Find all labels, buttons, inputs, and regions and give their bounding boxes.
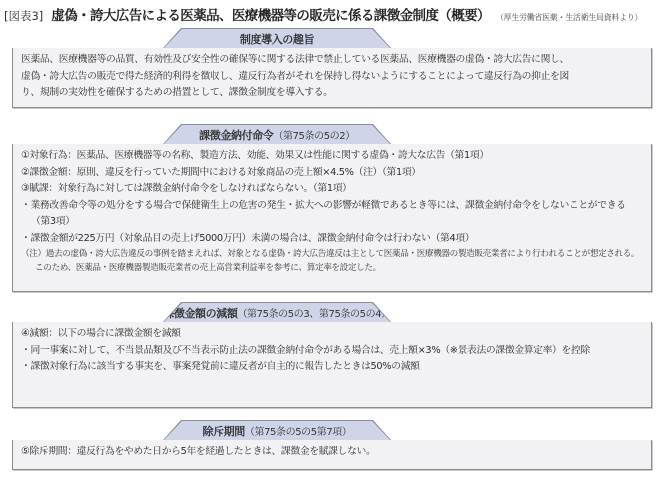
bullet-item: ・課徴金額が225万円（対象品目の売上げ5000万円）未満の場合は、課徴金納付命…: [21, 231, 643, 248]
body-line: り、規制の実効性を確保するための措置として、課徴金制度を導入する。: [21, 85, 643, 102]
section-body: ⑤除斥期間：違反行為をやめた日から5年を経過したときは、課徴金を賦課しない。: [12, 440, 652, 470]
section-heading: 制度導入の趣旨: [240, 33, 314, 46]
figure-title: 虚偽・誇大広告による医薬品、医療機器等の販売に係る課徴金制度（概要）: [51, 4, 490, 24]
body-line: ⑤除斥期間：違反行為をやめた日から5年を経過したときは、課徴金を賦課しない。: [21, 444, 643, 461]
figure-label: [図表3]: [4, 8, 43, 24]
body-line: ③賦課：対象行為に対しては課徴金納付命令をしなければならない。（第1項）: [21, 181, 643, 198]
section-heading-tab: 制度導入の趣旨: [164, 29, 390, 48]
section-heading-tab: 除斥期間（第75条の5の5第7項）: [164, 421, 390, 440]
section-heading: 除斥期間: [202, 425, 244, 438]
bullet-item: ・同一事案に対して、不当景品類及び不当表示防止法の課徴金納付命令がある場合は、売…: [21, 343, 643, 360]
section-body: ④減額：以下の場合に課徴金額を減額 ・同一事案に対して、不当景品類及び不当表示防…: [12, 322, 652, 408]
body-line: ①対象行為：医薬品、医療機器等の名称、製造方法、効能、効果又は性能に関する虚偽・…: [21, 148, 643, 165]
section-heading-article: （第75条の5の2）: [273, 131, 354, 142]
figure-source: （厚生労働省医薬・生活衛生局資料より）: [496, 12, 642, 23]
footnote: （注）過去の虚偽・誇大広告違反の事例を踏まえれば、対象となる虚偽・誇大広告違反は…: [21, 247, 643, 275]
section-heading: 課徴金額の減額: [163, 307, 237, 320]
section-body: ①対象行為：医薬品、医療機器等の名称、製造方法、効能、効果又は性能に関する虚偽・…: [12, 144, 652, 292]
bullet-item: ・課徴対象行為に該当する事実を、事案発覚前に違反者が自主的に報告したときは50%…: [21, 359, 643, 376]
section-heading-article: （第75条の5の5第7項）: [245, 427, 352, 438]
bullet-item: ・業務改善命令等の処分をする場合で保健衛生上の危害の発生・拡大への影響が軽微であ…: [21, 198, 643, 231]
body-line: 医薬品、医療機器等の品質、有効性及び安全性の確保等に関する法律で禁止している医薬…: [21, 52, 643, 69]
section-heading-tab: 課徴金額の減額（第75条の5の3、第75条の5の4）: [164, 303, 390, 322]
body-line: 虚偽・誇大広告の販売で得た経済的利得を徴収し、違反行為者がそれを保持し得ないよう…: [21, 69, 643, 86]
section-heading-tab: 課徴金納付命令（第75条の5の2）: [164, 125, 390, 144]
section-body: 医薬品、医療機器等の品質、有効性及び安全性の確保等に関する法律で禁止している医薬…: [12, 48, 652, 108]
section-heading-article: （第75条の5の3、第75条の5の4）: [237, 309, 390, 320]
figure-header: [図表3] 虚偽・誇大広告による医薬品、医療機器等の販売に係る課徴金制度（概要）…: [4, 4, 658, 26]
section-heading: 課徴金納付命令: [199, 129, 273, 142]
body-line: ②課徴金額：原則、違反を行っていた期間中における対象商品の売上額×4.5%（注）…: [21, 165, 643, 182]
body-line: ④減額：以下の場合に課徴金額を減額: [21, 326, 643, 343]
